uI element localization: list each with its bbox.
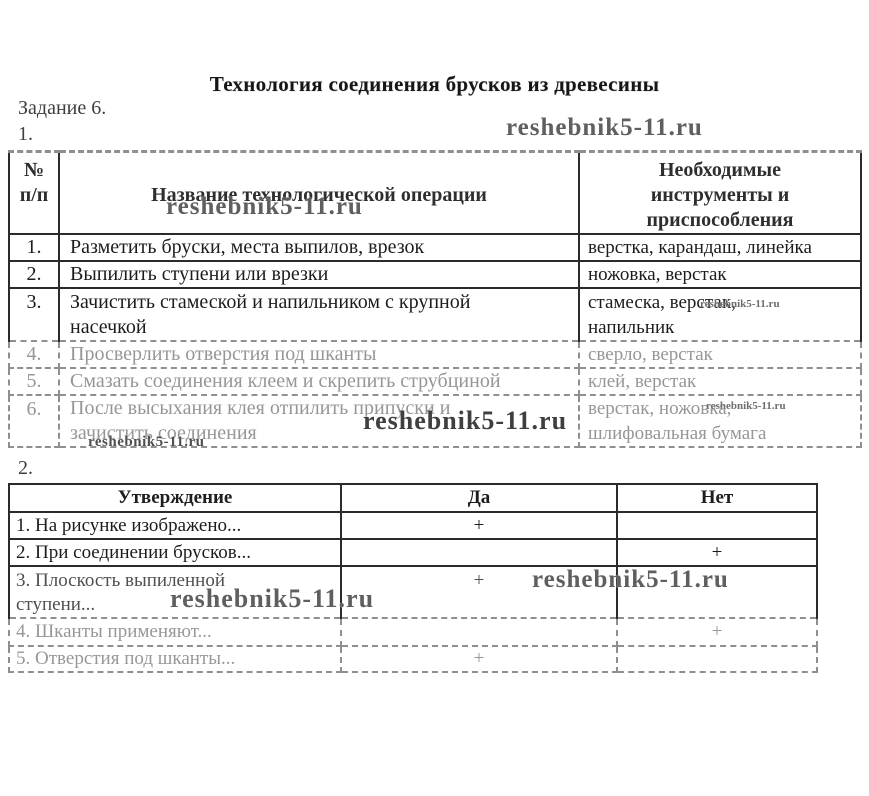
- cell-num: 6.: [9, 395, 59, 447]
- cell-num: 4.: [9, 341, 59, 368]
- watermark: reshebnik5-11.ru: [706, 400, 786, 412]
- page-title: Технология соединения брусков из древеси…: [0, 72, 869, 97]
- cell-statement: 2. При соединении брусков...: [9, 539, 341, 566]
- table-row: 2. Выпилить ступени или врезки ножовка, …: [9, 261, 861, 288]
- table-row: 2. При соединении брусков... +: [9, 539, 817, 566]
- cell-num: 3.: [9, 288, 59, 341]
- section1-label: 1.: [18, 123, 33, 146]
- header-statement: Утверждение: [9, 484, 341, 512]
- cell-operation: Выпилить ступени или врезки: [59, 261, 579, 288]
- cell-yes: +: [341, 646, 617, 672]
- cell-no: +: [617, 618, 817, 646]
- cell-yes: +: [341, 512, 617, 539]
- watermark: reshebnik5-11.ru: [363, 406, 567, 436]
- cell-operation: Зачистить стамеской и напильником с круп…: [59, 288, 579, 341]
- table-row: 4. Шканты применяют... +: [9, 618, 817, 646]
- cell-tools: ножовка, верстак: [579, 261, 861, 288]
- header-num: № п/п: [9, 152, 59, 235]
- table-row: 4. Просверлить отверстия под шканты свер…: [9, 341, 861, 368]
- section2-label: 2.: [18, 457, 33, 480]
- cell-yes: [341, 539, 617, 566]
- table-row: 5. Отверстия под шканты... +: [9, 646, 817, 672]
- task-label: Задание 6.: [18, 97, 106, 120]
- header-no: Нет: [617, 484, 817, 512]
- header-yes: Да: [341, 484, 617, 512]
- watermark: reshebnik5-11.ru: [166, 193, 363, 221]
- watermark: reshebnik5-11.ru: [700, 298, 780, 310]
- cell-num: 2.: [9, 261, 59, 288]
- cell-yes: [341, 618, 617, 646]
- watermark: reshebnik5-11.ru: [506, 114, 703, 142]
- cell-tools: верстка, карандаш, линейка: [579, 234, 861, 261]
- cell-tools: клей, верстак: [579, 368, 861, 395]
- watermark: reshebnik5-11.ru: [170, 584, 374, 614]
- cell-statement: 5. Отверстия под шканты...: [9, 646, 341, 672]
- header-tools: Необходимые инструменты и приспособления: [579, 152, 861, 235]
- cell-operation: Разметить бруски, места выпилов, врезок: [59, 234, 579, 261]
- table-header-row: Утверждение Да Нет: [9, 484, 817, 512]
- table-row: 5. Смазать соединения клеем и скрепить с…: [9, 368, 861, 395]
- cell-tools: сверло, верстак: [579, 341, 861, 368]
- cell-operation: Смазать соединения клеем и скрепить стру…: [59, 368, 579, 395]
- cell-no: [617, 646, 817, 672]
- table-header-row: № п/п Название технологической операции …: [9, 152, 861, 235]
- cell-no: +: [617, 539, 817, 566]
- cell-num: 1.: [9, 234, 59, 261]
- cell-no: [617, 512, 817, 539]
- cell-num: 5.: [9, 368, 59, 395]
- table-row: 3. Зачистить стамеской и напильником с к…: [9, 288, 861, 341]
- cell-operation: Просверлить отверстия под шканты: [59, 341, 579, 368]
- cell-statement: 1. На рисунке изображено...: [9, 512, 341, 539]
- cell-tools: стамеска, верстак, напильник: [579, 288, 861, 341]
- table-row: 1. Разметить бруски, места выпилов, врез…: [9, 234, 861, 261]
- watermark: reshebnik5-11.ru: [532, 566, 729, 594]
- document-page: Технология соединения брусков из древеси…: [0, 0, 869, 796]
- watermark: reshebnik5-11.ru: [88, 434, 205, 451]
- cell-statement: 4. Шканты применяют...: [9, 618, 341, 646]
- table-row: 1. На рисунке изображено... +: [9, 512, 817, 539]
